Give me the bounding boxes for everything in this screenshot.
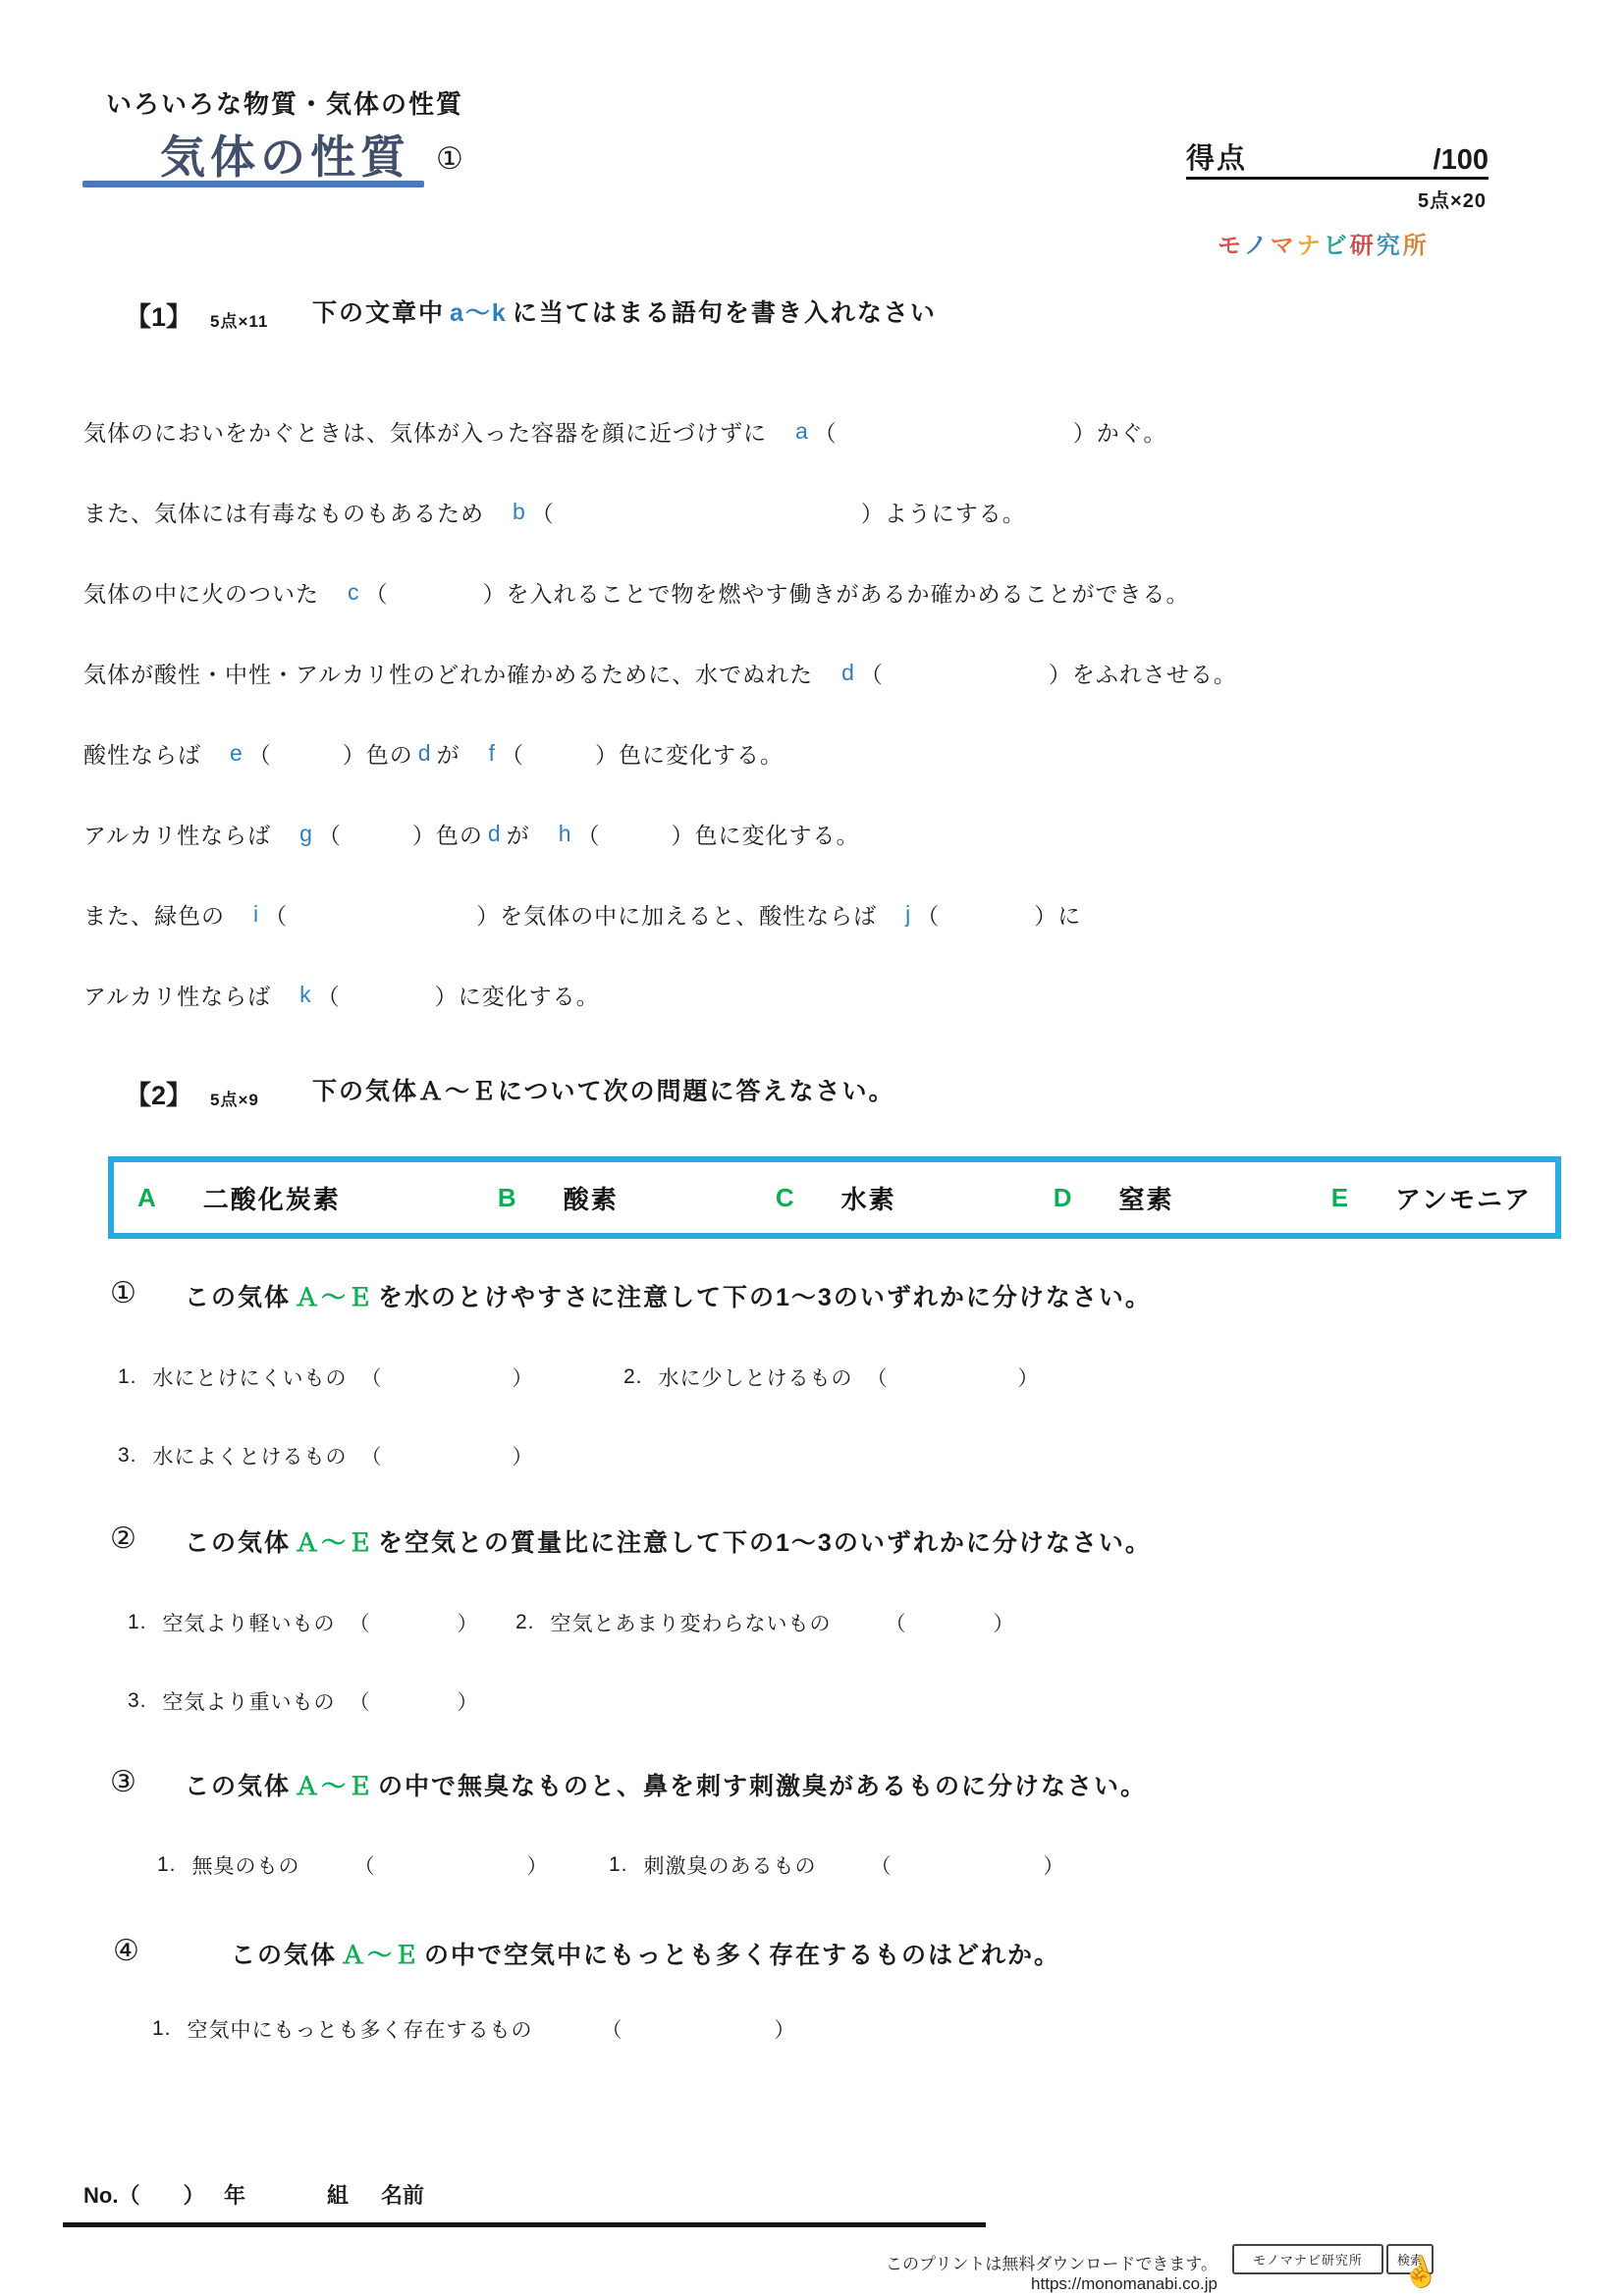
text-segment: （ ）を入れることで物を燃やす働きがあるか確かめることができる。 (365, 576, 1190, 609)
logo-char: 所 (1403, 233, 1430, 259)
text-segment: また、気体には有毒なものもあるため (83, 496, 508, 528)
text-segment: （ ）色の (248, 737, 413, 770)
fill-in-sentence: 酸性ならば e（ ）色のdが f（ ）色に変化する。 (83, 713, 1586, 793)
logo-char: ナ (1297, 233, 1324, 259)
answer-item: 1.刺激臭のあるもの（ ） (609, 1850, 1065, 1880)
fill-in-sentence: また、気体には有毒なものもあるため b（ ）ようにする。 (83, 471, 1586, 552)
score-total: /100 (1434, 144, 1489, 177)
fill-in-sentence: 気体のにおいをかぐときは、気体が入った容器を顔に近づけずに a（ ）かぐ。 (83, 391, 1586, 471)
blank-letter: f (484, 740, 501, 767)
item-number: 1. (118, 1365, 137, 1389)
item-label: 空気とあまり変わらないもの (551, 1608, 832, 1637)
brand-search-box: モノマナビ研究所 (1232, 2244, 1383, 2274)
logo-char: 究 (1377, 233, 1403, 259)
text-segment: 気体のにおいをかぐときは、気体が入った容器を顔に近づけずに (83, 415, 790, 448)
logo-char: モ (1218, 233, 1244, 259)
section2-label: 【2】 (125, 1074, 192, 1112)
text-segment: を水のとけやすさに注意して下の1〜3のいずれかに分けなさい。 (378, 1284, 1152, 1311)
text-segment: が (507, 818, 554, 850)
gas-letter: C (776, 1183, 796, 1213)
answer-item: 2.空気とあまり変わらないもの（ ） (515, 1608, 1015, 1637)
gas-name: 二酸化炭素 (203, 1180, 341, 1216)
item-number: 2. (623, 1365, 643, 1389)
text-segment: （ ）色に変化する。 (501, 737, 784, 770)
page-number: ① (436, 141, 463, 177)
blank-letter: a〜k (445, 299, 513, 327)
points-per-question-note: 5点×20 (1186, 185, 1487, 213)
gas-options-box: A二酸化炭素B酸素C水素D窒素Eアンモニア (108, 1156, 1561, 1239)
section2-heading: 下の気体Ａ〜Ｅについて次の問題に答えなさい。 (312, 1072, 895, 1107)
item-label: 水に少しとけるもの (659, 1362, 853, 1392)
text-segment: （ ）色に変化する。 (576, 818, 859, 850)
blank-letter: d (413, 740, 437, 767)
gas-letter: D (1054, 1183, 1074, 1213)
gas-name: 窒素 (1119, 1180, 1174, 1216)
worksheet-page: いろいろな物質・気体の性質 気体の性質 ① 得点 /100 5点×20 モノマナ… (0, 0, 1624, 2296)
answer-blank: （ ） (867, 1362, 1040, 1392)
text-segment: この気体 (231, 1942, 337, 1969)
logo-char: ノ (1244, 233, 1271, 259)
answer-blank: （ ） (354, 1850, 549, 1880)
gas-name: 水素 (841, 1180, 896, 1216)
answer-blank: （ ） (361, 1441, 534, 1470)
text-segment: の中で無臭なものと、鼻を刺す刺激臭があるものに分けなさい。 (378, 1773, 1147, 1800)
fill-in-sentence: アルカリ性ならば k（ ）に変化する。 (83, 954, 1586, 1035)
gas-option: C水素 (776, 1180, 896, 1216)
text-segment: 気体が酸性・中性・アルカリ性のどれか確かめるために、水でぬれた (83, 657, 837, 689)
item-number: 1. (152, 2017, 172, 2041)
score-box: 得点 /100 (1186, 132, 1489, 180)
question1-heading: この気体Ａ〜Ｅを水のとけやすさに注意して下の1〜3のいずれかに分けなさい。 (185, 1278, 1152, 1313)
text-segment: （ ）に (916, 898, 1081, 931)
answer-blank: （ ） (602, 2014, 796, 2044)
blank-letter: d (483, 821, 507, 847)
brand-logo: モノマナビ研究所 (1218, 226, 1430, 260)
logo-char: ビ (1324, 233, 1350, 259)
page-title: 気体の性質 (160, 122, 410, 187)
text-segment: この気体 (185, 1529, 291, 1557)
text-segment: 下の文章中 (312, 299, 445, 327)
blank-letter: h (554, 821, 577, 847)
text-segment: に当てはまる語句を書き入れなさい (513, 299, 937, 327)
year-label: 年 (224, 2179, 245, 2210)
item-label: 水にとけにくいもの (153, 1362, 348, 1392)
answer-item: 1.空気より軽いもの（ ） (128, 1608, 479, 1637)
text-segment: （ ）に変化する。 (317, 979, 600, 1011)
answer-blank: （ ） (361, 1362, 534, 1392)
item-number: 1. (609, 1853, 628, 1877)
text-segment: （ ）色の (318, 818, 483, 850)
item-label: 空気より重いもの (163, 1686, 336, 1716)
blank-letter: Ａ〜Ｅ (291, 1773, 378, 1800)
answer-blank: （ ） (350, 1608, 479, 1637)
text-segment: 酸性ならば (83, 737, 225, 770)
class-label: 組 (327, 2179, 349, 2210)
text-segment: この気体 (185, 1284, 291, 1311)
question2-number: ② (110, 1522, 136, 1556)
blank-letter: i (248, 901, 264, 928)
logo-char: マ (1271, 233, 1297, 259)
text-segment: （ ）ようにする。 (531, 496, 1026, 528)
item-label: 水によくとけるもの (153, 1441, 348, 1470)
section1-heading: 下の文章中a〜kに当てはまる語句を書き入れなさい (312, 294, 937, 329)
answer-item: 1.水にとけにくいもの（ ） (118, 1362, 534, 1392)
gas-letter: B (498, 1183, 518, 1213)
answer-item: 2.水に少しとけるもの（ ） (623, 1362, 1040, 1392)
answer-item: 1.無臭のもの（ ） (157, 1850, 549, 1880)
gas-option: B酸素 (498, 1180, 619, 1216)
blank-letter: j (900, 901, 916, 928)
question4-heading: この気体Ａ〜Ｅの中で空気中にもっとも多く存在するものはどれか。 (231, 1936, 1060, 1971)
blank-letter: a (790, 418, 814, 445)
question1-number: ① (110, 1276, 136, 1310)
text-segment: アルカリ性ならば (83, 979, 295, 1011)
answer-blank: （ ） (871, 1850, 1065, 1880)
section1-points: 5点×11 (210, 307, 268, 332)
text-segment: （ ）をふれさせる。 (860, 657, 1237, 689)
item-label: 空気より軽いもの (163, 1608, 336, 1637)
answer-item: 1.空気中にもっとも多く存在するもの（ ） (152, 2014, 796, 2044)
text-segment: アルカリ性ならば (83, 818, 295, 850)
gas-letter: A (137, 1183, 158, 1213)
fill-in-sentence: 気体の中に火のついた c（ ）を入れることで物を燃やす働きがあるか確かめることが… (83, 552, 1586, 632)
answer-item: 3.空気より重いもの（ ） (128, 1686, 479, 1716)
fill-in-sentence: また、緑色の i（ ）を気体の中に加えると、酸性ならば j（ ）に (83, 874, 1586, 954)
blank-letter: Ａ〜Ｅ (291, 1529, 378, 1557)
item-number: 1. (157, 1853, 177, 1877)
gas-option: Eアンモニア (1331, 1180, 1532, 1216)
name-label: 名前 (381, 2179, 424, 2210)
question3-heading: この気体Ａ〜Ｅの中で無臭なものと、鼻を刺す刺激臭があるものに分けなさい。 (185, 1767, 1147, 1802)
text-segment: が (437, 737, 484, 770)
student-no-field: No.（ ） (83, 2179, 204, 2210)
text-segment: この気体 (185, 1773, 291, 1800)
blank-letter: b (508, 499, 531, 525)
blank-letter: Ａ〜Ｅ (337, 1942, 424, 1969)
gas-letter: E (1331, 1183, 1350, 1213)
item-number: 3. (128, 1689, 147, 1713)
blank-letter: e (225, 740, 248, 767)
blank-letter: Ａ〜Ｅ (291, 1284, 378, 1311)
item-number: 2. (515, 1611, 535, 1634)
text-segment: の中で空気中にもっとも多く存在するものはどれか。 (424, 1942, 1060, 1969)
item-label: 無臭のもの (192, 1850, 300, 1880)
blank-letter: g (295, 821, 318, 847)
item-number: 3. (118, 1444, 137, 1468)
blank-letter: d (837, 660, 860, 686)
text-segment: （ ）を気体の中に加えると、酸性ならば (264, 898, 900, 931)
subject-heading: いろいろな物質・気体の性質 (106, 84, 463, 121)
blank-letter: c (343, 579, 365, 606)
gas-option: A二酸化炭素 (137, 1180, 341, 1216)
item-label: 空気中にもっとも多く存在するもの (188, 2014, 533, 2044)
text-segment: を空気との質量比に注意して下の1〜3のいずれかに分けなさい。 (378, 1529, 1152, 1557)
gas-option: D窒素 (1054, 1180, 1174, 1216)
text-segment: また、緑色の (83, 898, 248, 931)
title-underline-bar (82, 181, 424, 187)
answer-blank: （ ） (886, 1608, 1015, 1637)
answer-blank: （ ） (350, 1686, 479, 1716)
section1-body: 気体のにおいをかぐときは、気体が入った容器を顔に近づけずに a（ ）かぐ。また、… (83, 391, 1586, 1035)
text-segment: （ ）かぐ。 (814, 415, 1167, 448)
section1-label: 【1】 (125, 295, 192, 334)
fill-in-sentence: アルカリ性ならば g（ ）色のdが h（ ）色に変化する。 (83, 793, 1586, 874)
text-segment: 気体の中に火のついた (83, 576, 343, 609)
answer-item: 3.水によくとけるもの（ ） (118, 1441, 534, 1470)
question2-heading: この気体Ａ〜Ｅを空気との質量比に注意して下の1〜3のいずれかに分けなさい。 (185, 1523, 1152, 1559)
section2-points: 5点×9 (210, 1086, 259, 1110)
name-line-rule (63, 2222, 986, 2227)
question4-number: ④ (113, 1934, 139, 1968)
blank-letter: k (295, 982, 317, 1008)
gas-name: 酸素 (564, 1180, 619, 1216)
item-number: 1. (128, 1611, 147, 1634)
text-segment: 下の気体Ａ〜Ｅについて次の問題に答えなさい。 (312, 1078, 895, 1105)
gas-name: アンモニア (1395, 1180, 1532, 1216)
score-label: 得点 (1186, 136, 1247, 177)
item-label: 刺激臭のあるもの (644, 1850, 817, 1880)
question3-number: ③ (110, 1765, 136, 1799)
download-note: このプリントは無料ダウンロードできます。https://monomanabi.c… (727, 2250, 1218, 2294)
fill-in-sentence: 気体が酸性・中性・アルカリ性のどれか確かめるために、水でぬれた d（ ）をふれさ… (83, 632, 1586, 713)
logo-char: 研 (1350, 233, 1377, 259)
